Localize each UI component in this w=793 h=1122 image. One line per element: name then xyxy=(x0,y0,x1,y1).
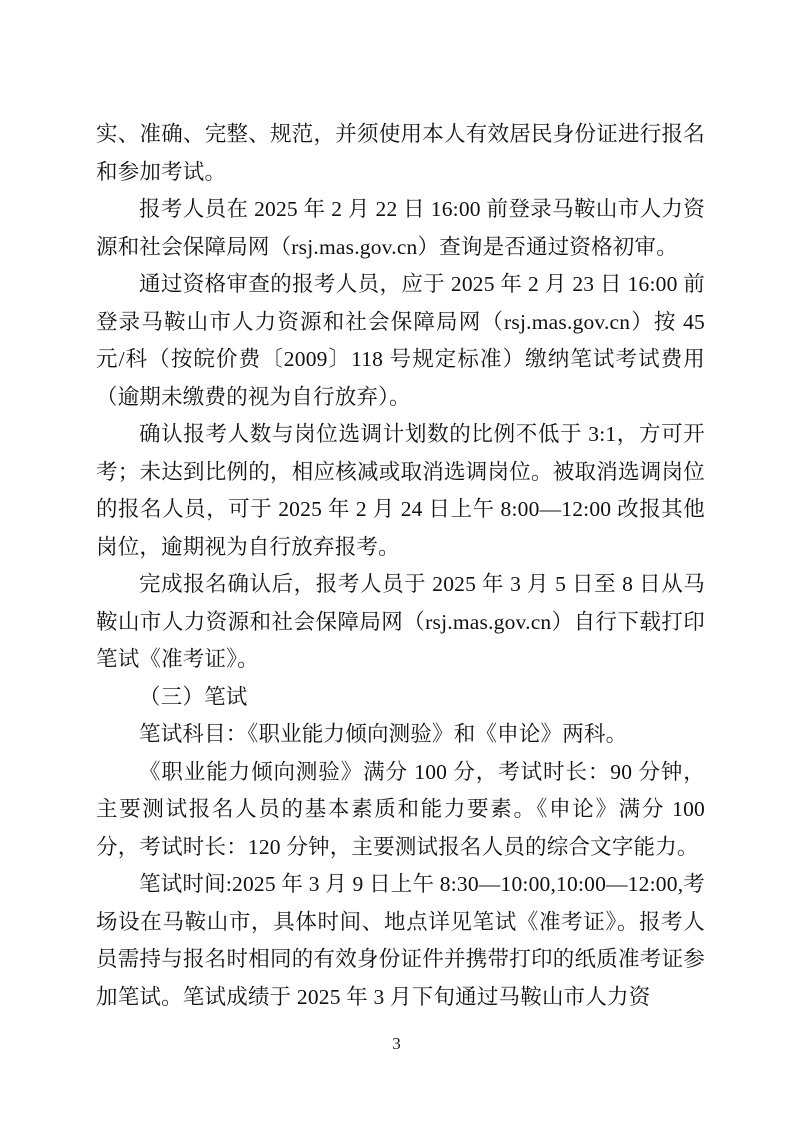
paragraph: 通过资格审查的报考人员，应于 2025 年 2 月 23 日 16:00 前登录… xyxy=(96,266,705,416)
paragraph: 笔试时间:2025 年 3 月 9 日上午 8:30—10:00,10:00—1… xyxy=(96,866,705,1016)
page-number: 3 xyxy=(392,1034,401,1053)
page-footer: 3 xyxy=(0,1032,793,1056)
paragraph: 完成报名确认后，报考人员于 2025 年 3 月 5 日至 8 日从马鞍山市人力… xyxy=(96,566,705,679)
paragraph: 确认报考人数与岗位选调计划数的比例不低于 3:1，方可开考；未达到比例的，相应核… xyxy=(96,416,705,566)
document-body: 实、准确、完整、规范，并须使用本人有效居民身份证进行报名和参加考试。报考人员在 … xyxy=(96,116,705,1016)
paragraph: （三）笔试 xyxy=(96,679,705,717)
paragraph: 报考人员在 2025 年 2 月 22 日 16:00 前登录马鞍山市人力资源和… xyxy=(96,191,705,266)
paragraph: 笔试科目：《职业能力倾向测验》和《申论》两科。 xyxy=(96,716,705,754)
paragraph: 实、准确、完整、规范，并须使用本人有效居民身份证进行报名和参加考试。 xyxy=(96,116,705,191)
paragraph: 《职业能力倾向测验》满分 100 分，考试时长：90 分钟，主要测试报名人员的基… xyxy=(96,754,705,867)
document-page: 实、准确、完整、规范，并须使用本人有效居民身份证进行报名和参加考试。报考人员在 … xyxy=(0,0,793,1122)
